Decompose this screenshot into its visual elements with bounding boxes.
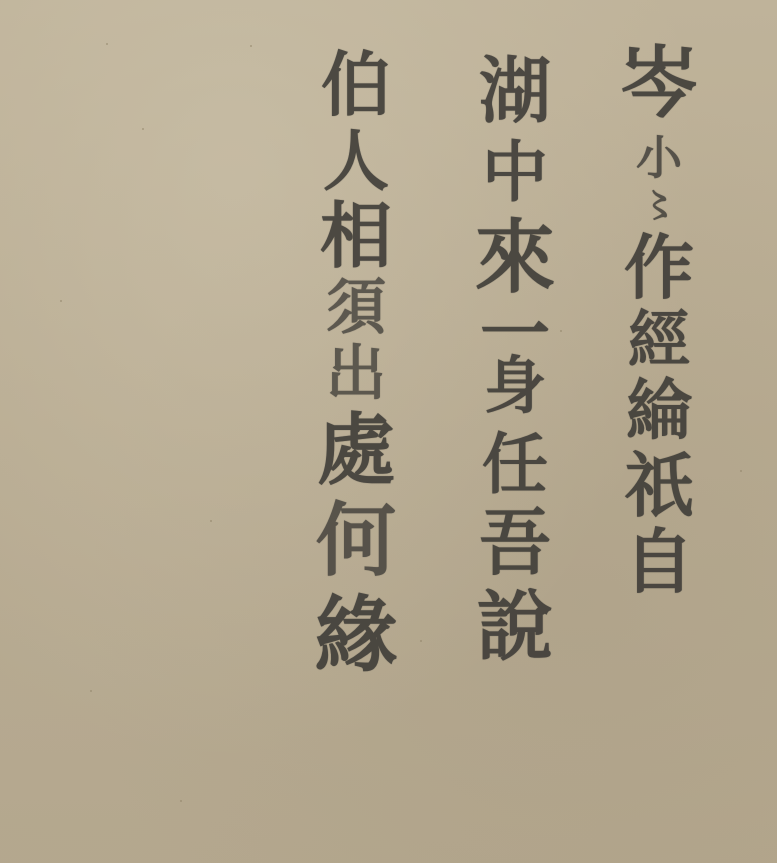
paper-speck <box>210 520 212 522</box>
calligraphy-character: 說 <box>477 589 553 665</box>
calligraphy-character: 來 <box>475 217 555 297</box>
calligraphy-character: 綸 <box>626 377 692 443</box>
calligraphy-column-left: 伯 人 相 須 出 處 何 緣 <box>315 50 397 676</box>
paper-speck <box>142 128 144 130</box>
calligraphy-character: 祇 <box>624 451 694 521</box>
calligraphy-character: 作 <box>624 233 694 303</box>
calligraphy-character: 經 <box>628 309 690 371</box>
paper-speck <box>420 640 422 642</box>
calligraphy-character: 岑 <box>620 45 698 123</box>
calligraphy-character: 自 <box>624 527 694 597</box>
calligraphy-character: 出 <box>326 344 386 404</box>
paper-speck <box>250 45 252 47</box>
calligraphy-character: 緣 <box>315 594 397 676</box>
paper-speck <box>90 690 92 692</box>
calligraphy-character: 相 <box>320 200 392 272</box>
paper-speck <box>560 330 562 332</box>
calligraphy-character: 小 <box>636 135 682 181</box>
calligraphy-character: 吾 <box>479 507 551 579</box>
calligraphy-character: 任 <box>482 431 548 497</box>
calligraphy-character: 湖 <box>479 55 551 127</box>
calligraphy-column-middle: 湖 中 來 一 身 任 吾 說 <box>475 55 555 665</box>
calligraphy-character: 身 <box>484 355 546 417</box>
paper-speck <box>740 470 742 472</box>
paper-speck <box>60 300 62 302</box>
calligraphy-character: 〻 <box>642 189 676 223</box>
calligraphy-column-right: 岑 小 〻 作 經 綸 祇 自 <box>620 45 698 597</box>
calligraphy-character: 伯 <box>321 50 391 120</box>
calligraphy-character: 處 <box>317 412 395 490</box>
calligraphy-character: 須 <box>326 278 386 338</box>
calligraphy-character: 中 <box>482 139 548 205</box>
paper-speck <box>106 43 108 45</box>
calligraphy-character: 人 <box>323 128 389 194</box>
paper-speck <box>180 800 182 802</box>
calligraphy-character: 何 <box>316 500 396 580</box>
